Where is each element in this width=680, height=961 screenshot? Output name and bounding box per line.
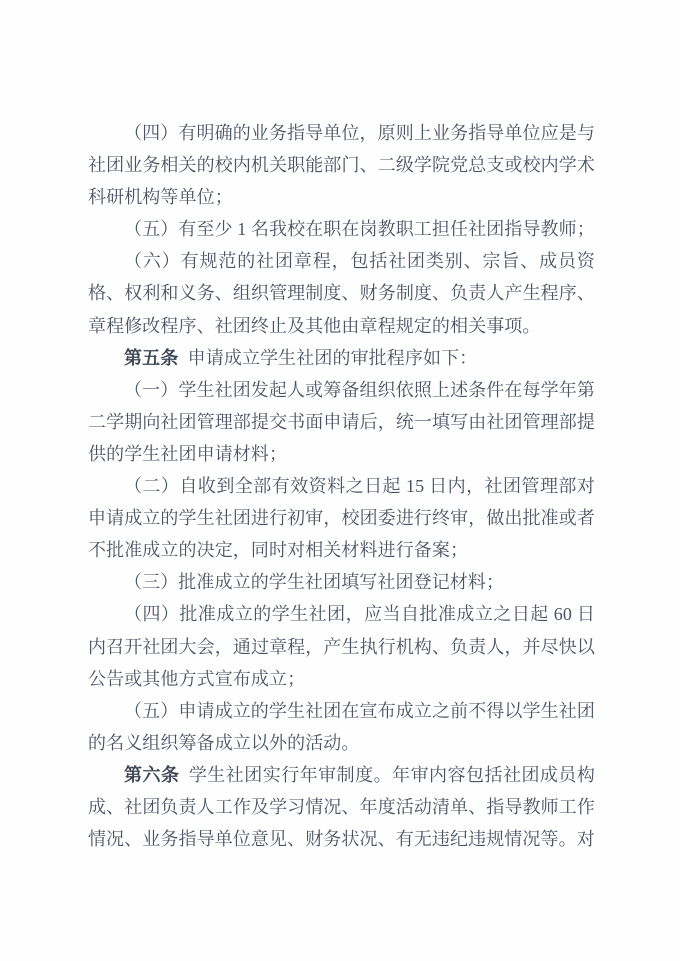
article-number: 第五条 [124, 348, 178, 368]
article-paragraph: 第六条学生社团实行年审制度。年审内容包括社团成员构成、社团负责人工作及学习情况、… [88, 759, 595, 855]
article-paragraph: 第五条申请成立学生社团的审批程序如下： [88, 342, 595, 374]
clause-paragraph: （四）批准成立的学生社团，应当自批准成立之日起 60 日内召开社团大会，通过章程… [88, 598, 595, 694]
document-page: （四）有明确的业务指导单位，原则上业务指导单位应是与社团业务相关的校内机关职能部… [0, 0, 680, 961]
clause-paragraph: （二）自收到全部有效资料之日起 15 日内，社团管理部对申请成立的学生社团进行初… [88, 470, 595, 566]
clause-paragraph: （五）申请成立的学生社团在宣布成立之前不得以学生社团的名义组织筹备成立以外的活动… [88, 695, 595, 759]
article-number: 第六条 [124, 765, 179, 785]
clause-paragraph: （六）有规范的社团章程，包括社团类别、宗旨、成员资格、权利和义务、组织管理制度、… [88, 245, 595, 341]
document-text-block: （四）有明确的业务指导单位，原则上业务指导单位应是与社团业务相关的校内机关职能部… [88, 117, 595, 855]
clause-paragraph: （三）批准成立的学生社团填写社团登记材料； [88, 566, 595, 598]
clause-paragraph: （四）有明确的业务指导单位，原则上业务指导单位应是与社团业务相关的校内机关职能部… [88, 117, 595, 213]
clause-paragraph: （一）学生社团发起人或筹备组织依照上述条件在每学年第二学期向社团管理部提交书面申… [88, 374, 595, 470]
clause-paragraph: （五）有至少 1 名我校在职在岗教职工担任社团指导教师； [88, 213, 595, 245]
